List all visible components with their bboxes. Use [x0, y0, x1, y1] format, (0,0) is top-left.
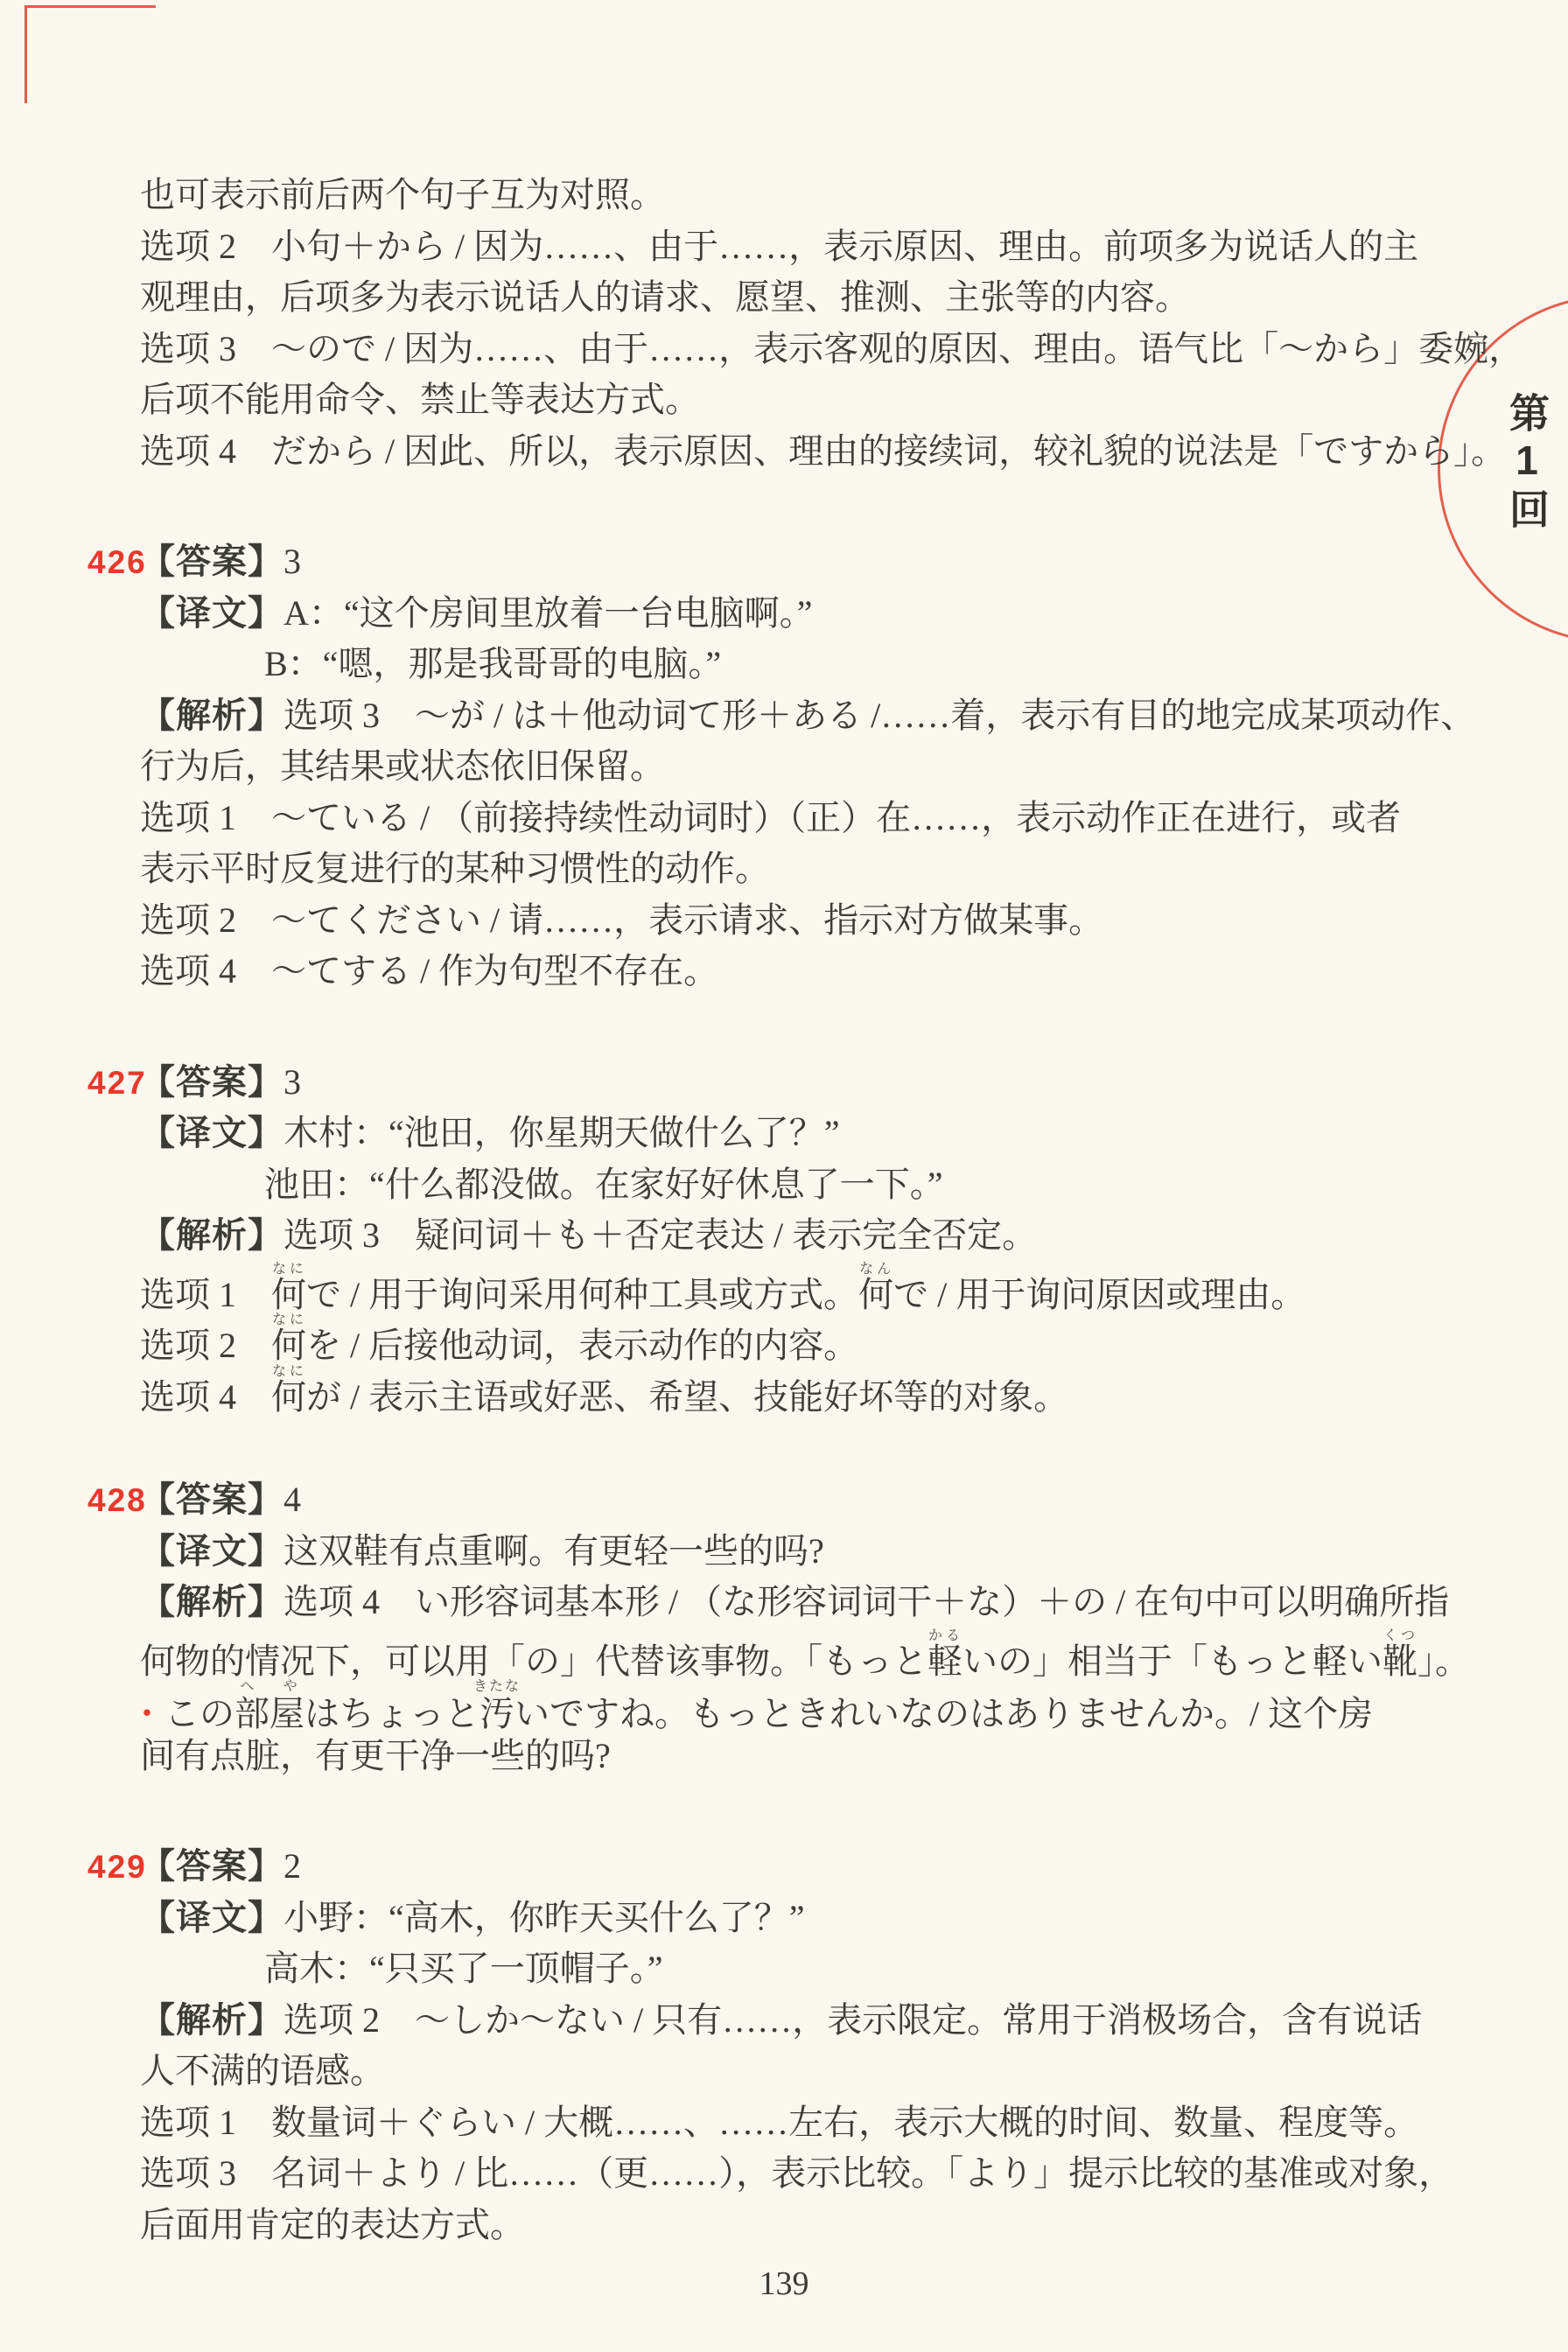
furigana-term: 部屋へ や	[234, 1694, 304, 1733]
text-line: 选项 4 だから / 因此、所以，表示原因、理由的接续词，较礼貌的说法是「ですか…	[140, 426, 1435, 478]
furigana: かる	[927, 1628, 962, 1643]
option-line: 选项 1 数量词＋ぐらい / 大概……、……左右，表示大概的时间、数量、程度等。	[140, 2097, 1435, 2149]
intro-paragraph: 也可表示前后两个句子互为对照。选项 2 小句＋から / 因为……、由于……，表示…	[140, 170, 1435, 477]
text-run: A：“这个房间里放着一台电脑啊。”	[283, 593, 812, 633]
text-run: 选项 2 ～しか～ない / 只有……，表示限定。常用于消极场合，含有说话	[283, 2000, 1422, 2040]
text-run: 人不满的语感。	[140, 2051, 385, 2090]
translation-line: 【译文】小野：“高木，你昨天买什么了？”	[140, 1893, 1435, 1944]
analysis-line: 行为后，其结果或状态依旧保留。	[140, 741, 1435, 793]
furigana-term: 軽かる	[927, 1641, 962, 1681]
furigana-term: 何なに	[271, 1275, 306, 1314]
text-run: はちょっと	[304, 1694, 479, 1733]
text-run: 观理由，后项多为表示说话人的请求、愿望、推测、主张等的内容。	[140, 277, 1190, 317]
section-label: 【译文】	[140, 594, 283, 633]
section-label: 【解析】	[140, 1216, 283, 1255]
text-line: 选项 2 小句＋から / 因为……、由于……，表示原因、理由。前项多为说话人的主	[140, 221, 1435, 273]
answer-line: 427【答案】3	[140, 1057, 1435, 1109]
analysis-line: 【解析】选项 4 い形容词基本形 / （な形容词词干＋な）＋の / 在句中可以明…	[140, 1577, 1435, 1628]
text-run: 选项 1 ～ている / （前接持续性动词时）（正）在……，表示动作正在进行，或者	[140, 798, 1401, 837]
page-corner-mark-horizontal	[24, 5, 156, 8]
text-run: 选项 4 い形容词基本形 / （な形容词词干＋な）＋の / 在句中可以明确所指	[283, 1582, 1449, 1621]
translation-line: 高木：“只买了一顶帽子。”	[264, 1943, 1435, 1995]
answer-item-426: 426【答案】3【译文】A：“这个房间里放着一台电脑啊。”B：“嗯，那是我哥哥的…	[140, 536, 1435, 997]
option-line: 表示平时反复进行的某种习惯性的动作。	[140, 843, 1435, 895]
option-line: 选项 1 ～ている / （前接持续性动词时）（正）在……，表示动作正在进行，或者	[140, 793, 1435, 844]
text-line: 后项不能用命令、禁止等表达方式。	[140, 374, 1435, 426]
text-run: 选项 4	[140, 1377, 271, 1417]
furigana: くつ	[1382, 1628, 1417, 1643]
furigana-term: 汚きたな	[479, 1694, 514, 1733]
option-line: 选项 2 何なにを / 后接他动词，表示动作的内容。	[140, 1312, 1435, 1364]
answer-line: 429【答案】2	[140, 1841, 1435, 1893]
furigana: なに	[271, 1364, 306, 1379]
analysis-line: 何物的情况下，可以用「の」代替该事物。「もっと軽かるいの」相当于「もっと軽い靴く…	[140, 1628, 1435, 1680]
text-run: 2	[283, 1846, 301, 1886]
text-run: 选项 2 小句＋から / 因为……、由于……，表示原因、理由。前项多为说话人的主	[140, 227, 1418, 266]
page-corner-mark-vertical	[24, 5, 27, 103]
furigana-term: 何なに	[271, 1377, 306, 1417]
red-bullet-icon: ・	[129, 1694, 164, 1733]
translation-line: 【译文】木村：“池田，你星期天做什么了？”	[140, 1108, 1435, 1159]
example-line: 间有点脏，有更干净一些的吗?	[140, 1731, 1435, 1782]
translation-line: 【译文】这双鞋有点重啊。有更轻一些的吗?	[140, 1526, 1435, 1578]
text-run: 选项 3 疑问词＋も＋否定表达 / 表示完全否定。	[283, 1215, 1037, 1255]
furigana: へ や	[234, 1679, 304, 1694]
text-line: 观理由，后项多为表示说话人的请求、愿望、推测、主张等的内容。	[140, 272, 1435, 324]
text-run: 这双鞋有点重啊。有更轻一些的吗?	[283, 1531, 824, 1571]
text-line: 选项 3 ～ので / 因为……、由于……，表示客观的原因、理由。语气比「～から」…	[140, 324, 1435, 375]
furigana: なに	[271, 1262, 306, 1277]
translation-line: B：“嗯，那是我哥哥的电脑。”	[264, 639, 1435, 690]
book-page: 第1回 也可表示前后两个句子互为对照。选项 2 小句＋から / 因为……、由于……	[0, 0, 1568, 2352]
text-run: いですね。もっときれいなのはありませんか。/ 这个房	[514, 1694, 1373, 1733]
text-run: 选项 2 ～てください / 请……，表示请求、指示对方做某事。	[140, 900, 1103, 940]
analysis-line: 【解析】选项 3 ～が / は＋他动词て形＋ある /……着，表示有目的地完成某项…	[140, 690, 1435, 742]
text-run: 池田：“什么都没做。在家好好休息了一下。”	[264, 1165, 943, 1204]
text-run: 选项 1 数量词＋ぐらい / 大概……、……左右，表示大概的时间、数量、程度等。	[140, 2103, 1418, 2142]
section-label: 【答案】	[140, 1063, 283, 1102]
furigana-term: 何なに	[271, 1326, 306, 1365]
text-run: 行为后，其结果或状态依旧保留。	[140, 746, 665, 786]
text-run: 木村：“池田，你星期天做什么了？”	[283, 1113, 840, 1152]
analysis-line: 【解析】选项 2 ～しか～ない / 只有……，表示限定。常用于消极场合，含有说话	[140, 1995, 1435, 2047]
answer-items: 426【答案】3【译文】A：“这个房间里放着一台电脑啊。”B：“嗯，那是我哥哥的…	[140, 536, 1435, 2250]
text-run: 4	[283, 1480, 301, 1519]
section-label: 【译文】	[140, 1532, 283, 1571]
option-line: 选项 3 名词＋より / 比……（更……），表示比较。「より」提示比较的基准或对…	[140, 2148, 1435, 2200]
example-line: ・この部屋へ やはちょっと汚きたないですね。もっときれいなのはありませんか。/ …	[129, 1679, 1435, 1731]
text-run: 选项 3 ～ので / 因为……、由于……，表示客观的原因、理由。语气比「～から」…	[140, 329, 1523, 368]
text-run: 也可表示前后两个句子互为对照。	[140, 175, 665, 214]
section-label: 【解析】	[140, 1583, 283, 1621]
text-run: 后项不能用命令、禁止等表达方式。	[140, 380, 700, 419]
section-label: 【译文】	[140, 1899, 283, 1937]
item-number: 429	[87, 1842, 147, 1893]
text-run: 高木：“只买了一顶帽子。”	[264, 1949, 663, 1988]
text-run: いの」相当于「もっと軽い	[962, 1641, 1382, 1681]
analysis-line: 【解析】选项 3 疑问词＋も＋否定表达 / 表示完全否定。	[140, 1210, 1435, 1262]
furigana-term: 靴くつ	[1382, 1641, 1417, 1681]
page-number: 139	[0, 2264, 1568, 2303]
section-label: 【解析】	[140, 696, 283, 735]
section-label: 【答案】	[140, 1847, 283, 1886]
text-run: B：“嗯，那是我哥哥的电脑。”	[264, 644, 721, 683]
section-label: 【解析】	[140, 2001, 283, 2040]
furigana: なに	[271, 1312, 306, 1327]
text-run: を / 后接他动词，表示动作的内容。	[306, 1326, 858, 1365]
answer-line: 428【答案】4	[140, 1474, 1435, 1526]
text-run: 后面用肯定的表达方式。	[140, 2205, 525, 2244]
analysis-line: 人不满的语感。	[140, 2046, 1435, 2097]
text-run: 小野：“高木，你昨天买什么了？”	[283, 1898, 805, 1937]
text-run: 3	[283, 542, 301, 581]
section-label: 【答案】	[140, 542, 283, 581]
furigana-term: 何なん	[858, 1275, 893, 1314]
text-run: この	[164, 1694, 234, 1733]
answer-explanations: 也可表示前后两个句子互为对照。选项 2 小句＋から / 因为……、由于……，表示…	[140, 170, 1435, 2250]
text-run: 何物的情况下，可以用「の」代替该事物。「もっと	[140, 1641, 927, 1681]
text-run: 表示平时反复进行的某种习惯性的动作。	[140, 849, 770, 888]
text-run: 选项 1	[140, 1275, 271, 1314]
text-run: 选项 4 ～てする / 作为句型不存在。	[140, 951, 718, 990]
text-run: 间有点脏，有更干净一些的吗?	[140, 1736, 611, 1775]
option-line: 选项 2 ～てください / 请……，表示请求、指示对方做某事。	[140, 895, 1435, 947]
item-number: 427	[87, 1058, 147, 1109]
text-run: が / 表示主语或好恶、希望、技能好坏等的对象。	[306, 1377, 1068, 1417]
text-run: 」。	[1417, 1641, 1470, 1681]
chapter-tab-label: 第1回	[1498, 392, 1556, 534]
furigana: なん	[858, 1262, 893, 1277]
answer-line: 426【答案】3	[140, 536, 1435, 588]
answer-item-427: 427【答案】3【译文】木村：“池田，你星期天做什么了？”池田：“什么都没做。在…	[140, 1057, 1435, 1416]
section-label: 【答案】	[140, 1480, 283, 1519]
answer-item-429: 429【答案】2【译文】小野：“高木，你昨天买什么了？”高木：“只买了一顶帽子。…	[140, 1841, 1435, 2250]
option-line: 后面用肯定的表达方式。	[140, 2200, 1435, 2251]
text-run: 选项 4 だから / 因此、所以，表示原因、理由的接续词，较礼貌的说法是「ですか…	[140, 431, 1506, 471]
text-run: で / 用于询问原因或理由。	[893, 1275, 1305, 1314]
option-line: 选项 4 ～てする / 作为句型不存在。	[140, 946, 1435, 997]
translation-line: 【译文】A：“这个房间里放着一台电脑啊。”	[140, 588, 1435, 640]
option-line: 选项 4 何なにが / 表示主语或好恶、希望、技能好坏等的对象。	[140, 1364, 1435, 1416]
translation-line: 池田：“什么都没做。在家好好休息了一下。”	[264, 1159, 1435, 1211]
item-number: 426	[87, 537, 147, 589]
option-line: 选项 1 何なにで / 用于询问采用何种工具或方式。何なんで / 用于询问原因或…	[140, 1262, 1435, 1313]
item-number: 428	[87, 1475, 147, 1527]
text-run: 选项 3 名词＋より / 比……（更……），表示比较。「より」提示比较的基准或对…	[140, 2153, 1453, 2193]
text-run: 选项 3 ～が / は＋他动词て形＋ある /……着，表示有目的地完成某项动作、	[283, 696, 1475, 735]
text-run: 3	[283, 1062, 301, 1102]
section-label: 【译文】	[140, 1114, 283, 1152]
text-line: 也可表示前后两个句子互为对照。	[140, 170, 1435, 221]
furigana: きたな	[473, 1679, 521, 1694]
text-run: で / 用于询问采用何种工具或方式。	[306, 1275, 858, 1314]
text-run: 选项 2	[140, 1326, 271, 1365]
answer-item-428: 428【答案】4【译文】这双鞋有点重啊。有更轻一些的吗?【解析】选项 4 い形容…	[140, 1474, 1435, 1781]
